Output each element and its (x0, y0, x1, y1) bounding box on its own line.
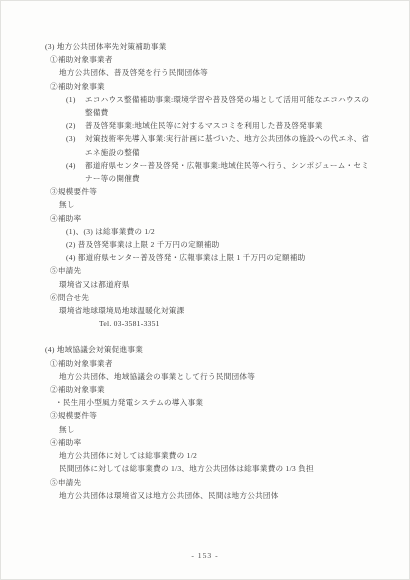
item-number: (1) (66, 93, 85, 106)
text-line: 地方公共団体、普及啓発を行う民間団体等 (59, 66, 392, 79)
text-line: 地方公共団体は環境省又は地方公共団体、民間は地方公共団体 (59, 489, 392, 502)
text-line: ④補助率 (50, 436, 392, 449)
text-line: (2) 普及啓発事業は上限 2 千万円の定額補助 (66, 238, 392, 251)
item-number: (3) (66, 132, 85, 145)
text-line: ③規模要件等 (50, 185, 392, 198)
text-line: (1)、(3) は総事業費の 1/2 (66, 225, 392, 238)
text-line: ①補助対象事業者 (50, 357, 392, 370)
text-line: 地方公共団体に対しては総事業費の 1/2 (59, 449, 392, 462)
section-heading: (3) 地方公共団体率先対策補助事業 (45, 40, 392, 53)
item-number: (4) (66, 159, 85, 172)
item-text: 都道府県センター普及啓発・広報事業:地域住民等へ行う、シンポジューム・セミ (85, 159, 369, 172)
text-line: 民間団体に対しては総事業費の 1/3、地方公共団体は総事業費の 1/3 負担 (59, 462, 392, 475)
text-line: ②補助対象事業 (50, 383, 392, 396)
document-section: (3) 地方公共団体率先対策補助事業①補助対象事業者地方公共団体、普及啓発を行う… (45, 40, 392, 330)
item-text: 対策技術率先導入事業:実行計画に基づいた、地方公共団体の施設への代エネ、省 (85, 132, 369, 145)
item-text: 普及啓発事業:地域住民等に対するマスコミを利用した普及啓発事業 (85, 119, 323, 132)
text-line: (4) 都道府県センター普及啓発・広報事業は上限 1 千万円の定額補助 (66, 251, 392, 264)
text-line: ②補助対象事業 (50, 80, 392, 93)
text-line: (1)エコハウス整備補助事業:環境学習や普及啓発の場として活用可能なエコハウスの (66, 93, 392, 106)
text-line: (2)普及啓発事業:地域住民等に対するマスコミを利用した普及啓発事業 (66, 119, 392, 132)
text-line: 無し (59, 198, 392, 211)
section-heading: (4) 地域協議会対策促進事業 (45, 343, 392, 356)
text-line: ⑥問合せ先 (50, 291, 392, 304)
text-line: ④補助率 (50, 212, 392, 225)
text-line: 環境省又は都道府県 (59, 278, 392, 291)
text-line: 地方公共団体、地域協議会の事業として行う民間団体等 (59, 370, 392, 383)
text-line: (3)対策技術率先導入事業:実行計画に基づいた、地方公共団体の施設への代エネ、省 (66, 132, 392, 145)
text-line: ③規模要件等 (50, 409, 392, 422)
text-line: エネ施設の整備 (85, 146, 392, 159)
text-line: ⑤申請先 (50, 476, 392, 489)
item-number: (2) (66, 119, 85, 132)
text-line: ナー等の開催費 (85, 172, 392, 185)
text-line: ⑤申請先 (50, 264, 392, 277)
text-line: ①補助対象事業者 (50, 53, 392, 66)
item-text: エコハウス整備補助事業:環境学習や普及啓発の場として活用可能なエコハウスの (85, 93, 369, 106)
text-line: 環境省地球環境局地球温暖化対策課 (59, 304, 392, 317)
text-line: (4)都道府県センター普及啓発・広報事業:地域住民等へ行う、シンポジューム・セミ (66, 159, 392, 172)
text-line: ・民生用小型風力発電システムの導入事業 (55, 396, 392, 409)
document-section: (4) 地域協議会対策促進事業①補助対象事業者地方公共団体、地域協議会の事業とし… (45, 343, 392, 501)
text-line: 無し (59, 423, 392, 436)
text-line: 整備費 (85, 106, 392, 119)
page-number-footer: - 153 - (0, 551, 410, 560)
document-body: (3) 地方公共団体率先対策補助事業①補助対象事業者地方公共団体、普及啓発を行う… (45, 40, 392, 502)
document-page: (3) 地方公共団体率先対策補助事業①補助対象事業者地方公共団体、普及啓発を行う… (0, 0, 410, 580)
text-line: Tel. 03-3581-3351 (99, 317, 392, 330)
